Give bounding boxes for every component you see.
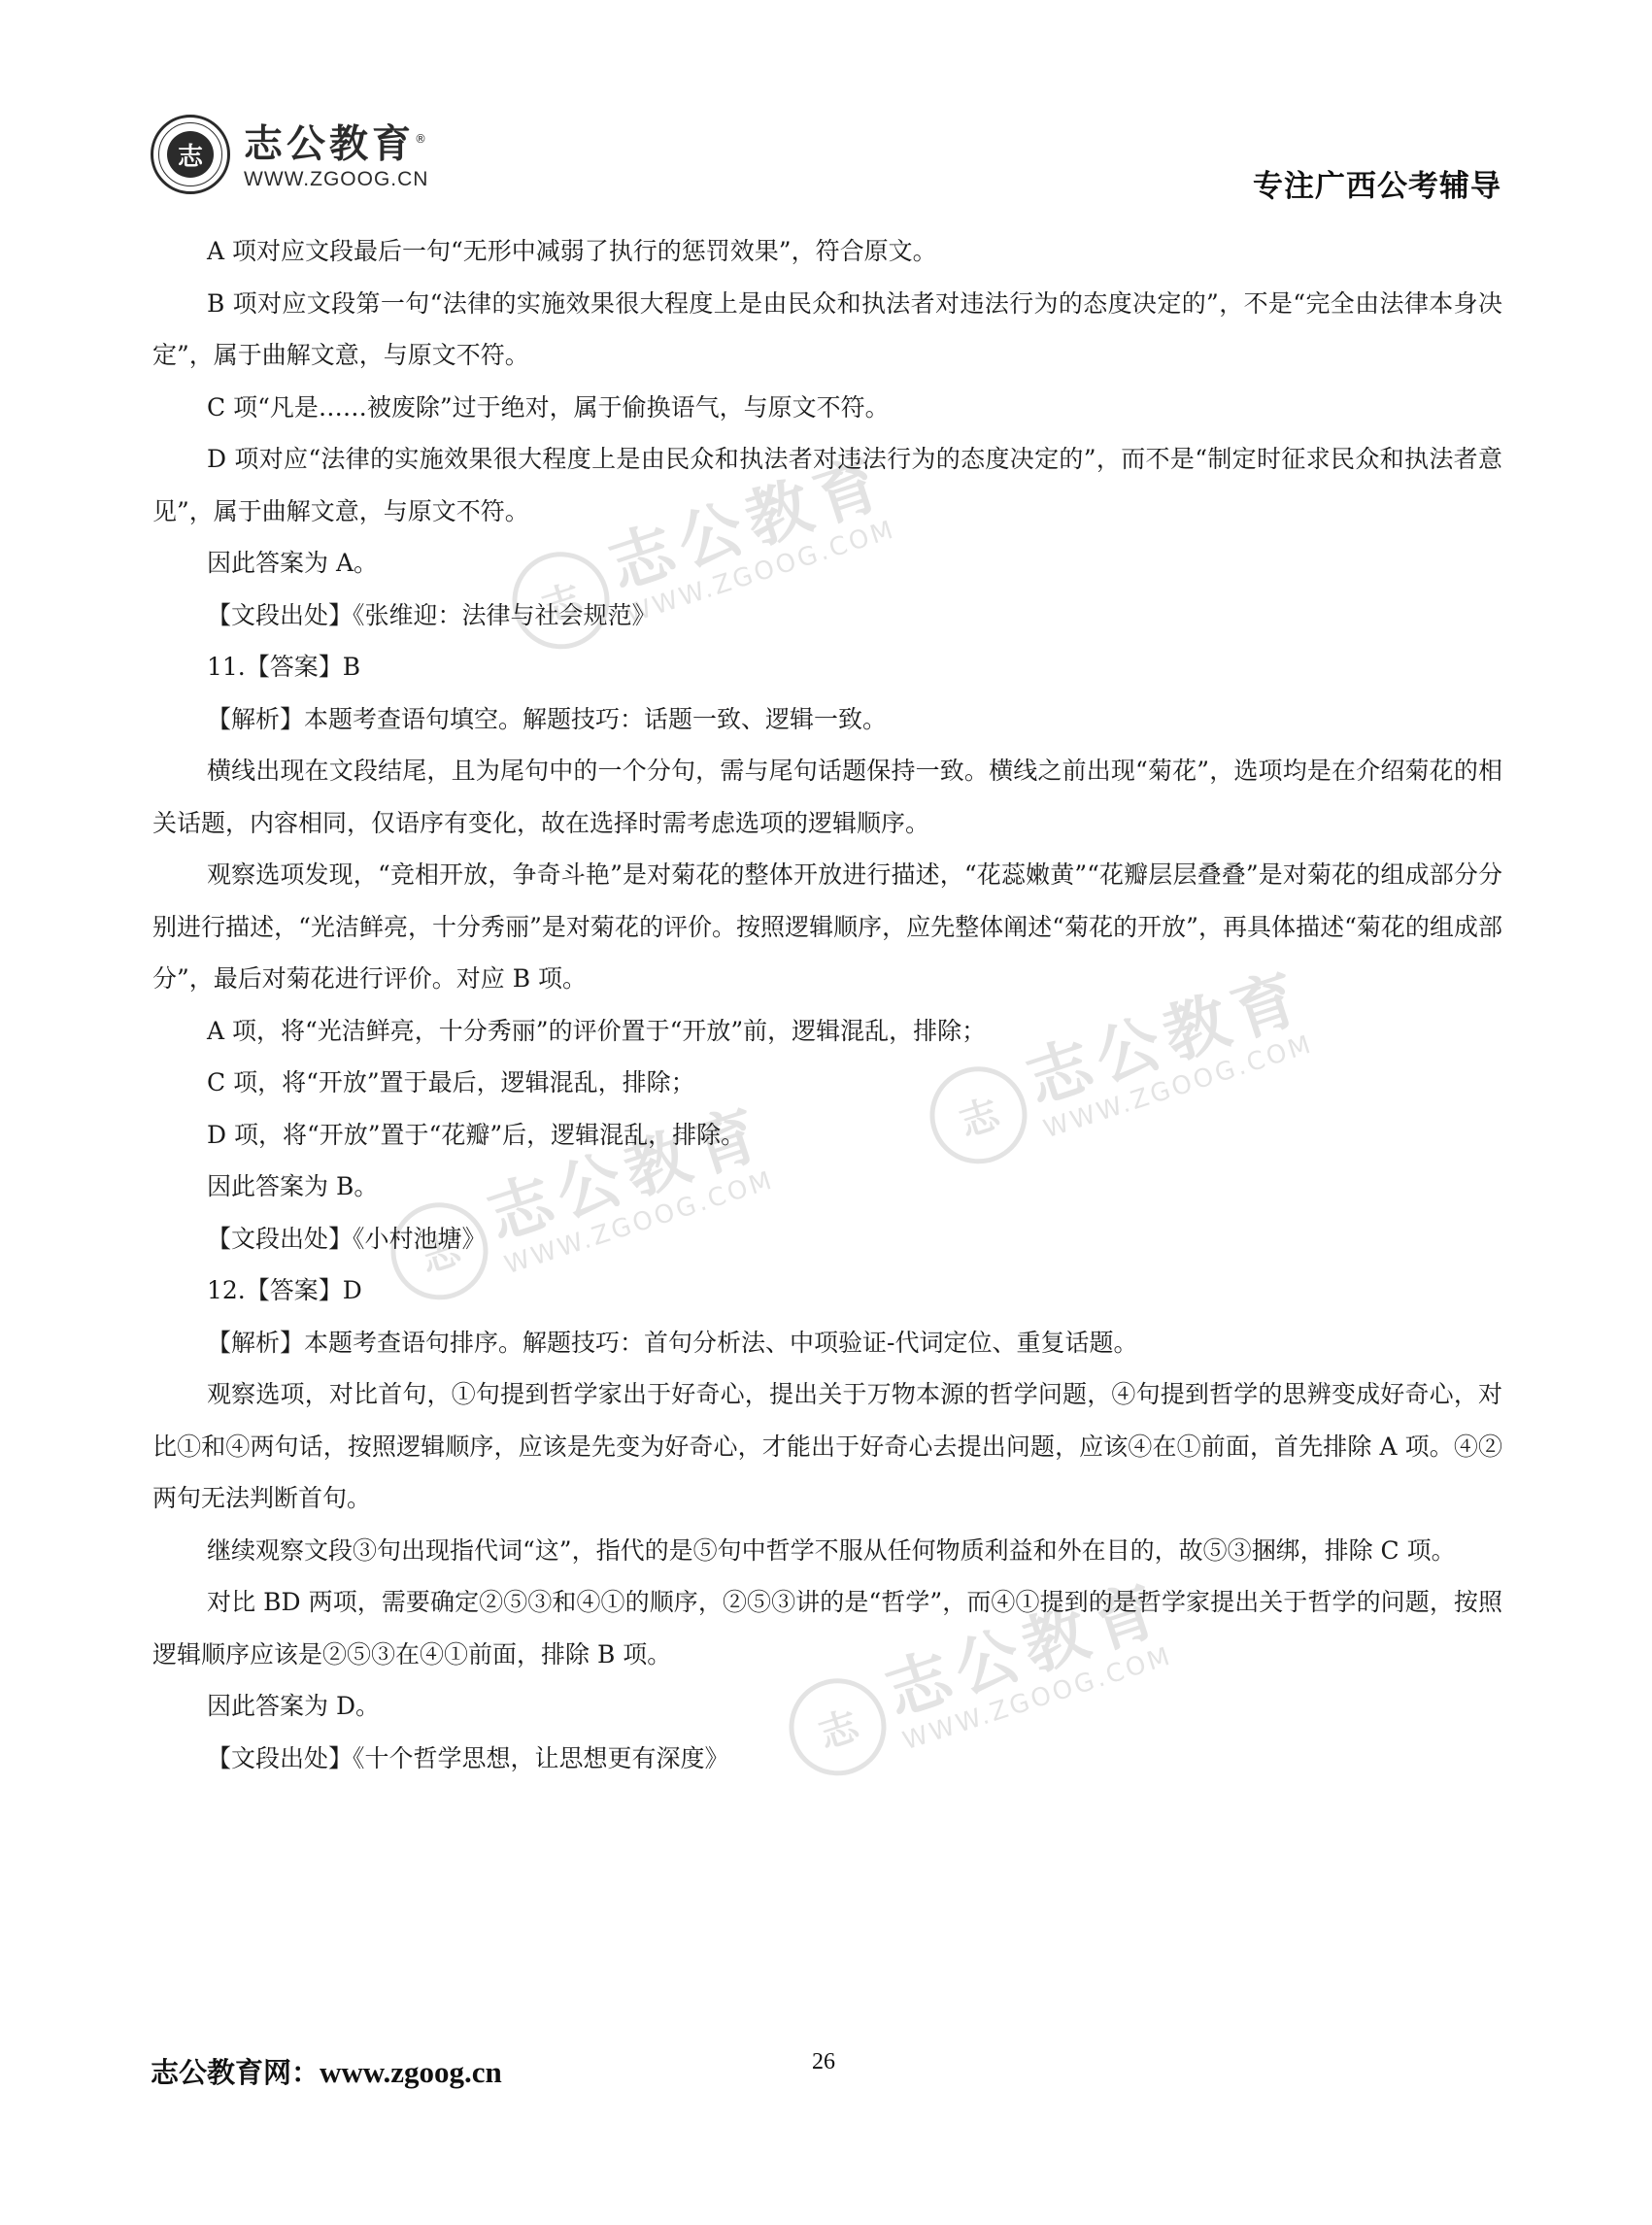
footer-site-label: 志公教育网：: [151, 2056, 320, 2089]
seal-icon: 志: [151, 115, 230, 194]
question-11-answer: 11.【答案】B: [152, 641, 1502, 693]
paragraph-option-d-analysis: D 项对应“法律的实施效果很大程度上是由民众和执法者对违法行为的态度决定的”，而…: [152, 433, 1502, 537]
brand-logo: 志 志公教育® WWW.ZGOOG.CN: [151, 115, 430, 194]
question-11-option-d: D 项，将“开放”置于“花瓣”后，逻辑混乱，排除。: [152, 1109, 1502, 1162]
paragraph-source: 【文段出处】《张维迎：法律与社会规范》: [152, 590, 1502, 642]
brand-url: WWW.ZGOOG.CN: [244, 167, 430, 192]
question-11-analysis-paragraph: 观察选项发现，“竞相开放，争奇斗艳”是对菊花的整体开放进行描述，“花蕊嫩黄”“花…: [152, 849, 1502, 1005]
question-11-conclusion: 因此答案为 B。: [152, 1161, 1502, 1213]
paragraph-option-b-analysis: B 项对应文段第一句“法律的实施效果很大程度上是由民众和执法者对违法行为的态度决…: [152, 278, 1502, 382]
seal-ring: [158, 122, 222, 186]
registered-mark: ®: [415, 132, 430, 146]
question-12-conclusion: 因此答案为 D。: [152, 1680, 1502, 1733]
question-11-option-a: A 项，将“光洁鲜亮，十分秀丽”的评价置于“开放”前，逻辑混乱，排除；: [152, 1005, 1502, 1058]
question-11-option-c: C 项，将“开放”置于最后，逻辑混乱，排除；: [152, 1057, 1502, 1109]
paragraph-option-a-analysis: A 项对应文段最后一句“无形中减弱了执行的惩罚效果”，符合原文。: [152, 225, 1502, 278]
logo-text: 志公教育® WWW.ZGOOG.CN: [244, 117, 430, 191]
question-12-analysis-paragraph: 继续观察文段③句出现指代词“这”，指代的是⑤句中哲学不服从任何物质利益和外在目的…: [152, 1525, 1502, 1577]
document-body: A 项对应文段最后一句“无形中减弱了执行的惩罚效果”，符合原文。 B 项对应文段…: [152, 225, 1502, 1784]
header-slogan: 专注广西公考辅导: [1253, 161, 1501, 205]
brand-name: 志公教育®: [244, 117, 430, 166]
footer-site-url[interactable]: www.zgoog.cn: [320, 2055, 502, 2089]
question-11-analysis-intro: 【解析】本题考查语句填空。解题技巧：话题一致、逻辑一致。: [152, 693, 1502, 746]
brand-name-text: 志公教育: [244, 122, 415, 167]
question-12-source: 【文段出处】《十个哲学思想，让思想更有深度》: [152, 1733, 1502, 1785]
question-12-answer: 12.【答案】D: [152, 1264, 1502, 1317]
page-header: 志 志公教育® WWW.ZGOOG.CN 专注广西公考辅导: [0, 0, 1652, 214]
paragraph-option-c-analysis: C 项“凡是……被废除”过于绝对，属于偷换语气，与原文不符。: [152, 382, 1502, 434]
question-12-analysis-intro: 【解析】本题考查语句排序。解题技巧：首句分析法、中项验证-代词定位、重复话题。: [152, 1317, 1502, 1369]
page-number: 26: [812, 2049, 835, 2075]
question-11-analysis-paragraph: 横线出现在文段结尾，且为尾句中的一个分句，需与尾句话题保持一致。横线之前出现“菊…: [152, 745, 1502, 849]
question-11-source: 【文段出处】《小村池塘》: [152, 1213, 1502, 1265]
question-12-analysis-paragraph: 对比 BD 两项，需要确定②⑤③和④①的顺序，②⑤③讲的是“哲学”，而④①提到的…: [152, 1576, 1502, 1680]
question-12-analysis-paragraph: 观察选项，对比首句，①句提到哲学家出于好奇心，提出关于万物本源的哲学问题，④句提…: [152, 1368, 1502, 1525]
footer-site: 志公教育网：www.zgoog.cn: [151, 2051, 502, 2091]
paragraph-answer-conclusion: 因此答案为 A。: [152, 537, 1502, 590]
